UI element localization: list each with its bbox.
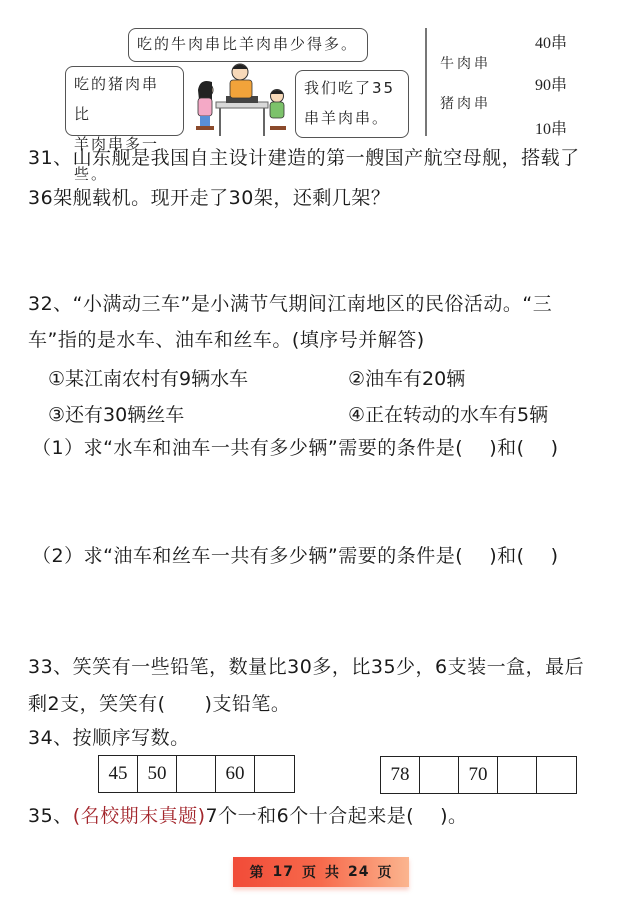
q33-line1: 33、笑笑有一些铅笔，数量比30多，比35少，6支装一盒，最后: [28, 655, 584, 679]
speech-bubble-left-line1: 吃的猪肉串比: [74, 69, 175, 129]
q32-option-1: ①某江南农村有9辆水车: [48, 364, 248, 391]
q35-source-tag: (名校期末真题): [73, 805, 206, 827]
sequence-2-cell-blank[interactable]: [420, 757, 459, 793]
total-pages-number: 24: [348, 864, 369, 880]
label-beef-skewers: 牛肉串: [440, 53, 491, 73]
option-value-40: 40串: [535, 30, 567, 53]
option-value-10: 10串: [535, 116, 567, 139]
panel-divider: [425, 28, 427, 136]
q34-sequence-1: 45 50 60: [98, 755, 295, 793]
option-value-90: 90串: [535, 72, 567, 95]
speech-bubble-top: 吃的牛肉串比羊肉串少得多。: [128, 28, 368, 62]
q31-line1: 31、山东舰是我国自主设计建造的第一艘国产航空母舰，搭载了: [28, 146, 580, 170]
speech-bubble-right: 我们吃了35 串羊肉串。: [295, 70, 409, 138]
speech-bubble-right-line2: 串羊肉串。: [304, 103, 400, 133]
total-unit: 页: [377, 862, 392, 882]
sequence-2-cell-blank[interactable]: [537, 757, 576, 793]
speech-bubble-right-line1: 我们吃了35: [304, 73, 400, 103]
q32-option-4: ④正在转动的水车有5辆: [348, 400, 548, 427]
q31-line2: 36架舰载机。现开走了30架，还剩几架？: [28, 186, 390, 210]
q35-text: 7个一和6个十合起来是( )。: [206, 805, 468, 827]
current-page-number: 17: [273, 864, 294, 880]
sequence-1-cell-blank[interactable]: [255, 756, 294, 792]
q33-line2: 剩2支，笑笑有( )支铅笔。: [28, 692, 290, 716]
q34-sequence-2: 78 70: [380, 756, 577, 794]
speech-bubble-left: 吃的猪肉串比 羊肉串多一些。: [65, 66, 184, 136]
q35-line: 35、(名校期末真题)7个一和6个十合起来是( )。: [28, 804, 468, 828]
family-eating-skewers-illustration: [188, 60, 293, 138]
q32-sub2: （2）求“油车和丝车一共有多少辆”需要的条件是( )和( ): [32, 544, 559, 568]
q32-option-3: ③还有30辆丝车: [48, 400, 184, 427]
sequence-1-cell[interactable]: 45: [99, 756, 138, 792]
q32-option-2: ②油车有20辆: [348, 364, 465, 391]
q32-sub1: （1）求“水车和油车一共有多少辆”需要的条件是( )和( ): [32, 436, 559, 460]
q32-line1: 32、“小满动三车”是小满节气期间江南地区的民俗活动。“三: [28, 292, 552, 316]
q34-title: 34、按顺序写数。: [28, 726, 190, 750]
page-indicator: 第 17 页 共 24 页: [233, 857, 409, 887]
sequence-1-cell[interactable]: 60: [216, 756, 255, 792]
q35-number: 35、: [28, 805, 73, 827]
sequence-2-cell[interactable]: 78: [381, 757, 420, 793]
sequence-1-cell[interactable]: 50: [138, 756, 177, 792]
sequence-2-cell[interactable]: 70: [459, 757, 498, 793]
page-label: 第: [250, 862, 265, 882]
q32-line2: 车”指的是水车、油车和丝车。(填序号并解答): [28, 328, 425, 352]
sequence-1-cell-blank[interactable]: [177, 756, 216, 792]
sequence-2-cell-blank[interactable]: [498, 757, 537, 793]
page-unit: 页: [302, 862, 317, 882]
label-pork-skewers: 猪肉串: [440, 93, 491, 113]
total-label: 共: [325, 862, 340, 882]
speech-bubble-top-text: 吃的牛肉串比羊肉串少得多。: [137, 35, 358, 53]
